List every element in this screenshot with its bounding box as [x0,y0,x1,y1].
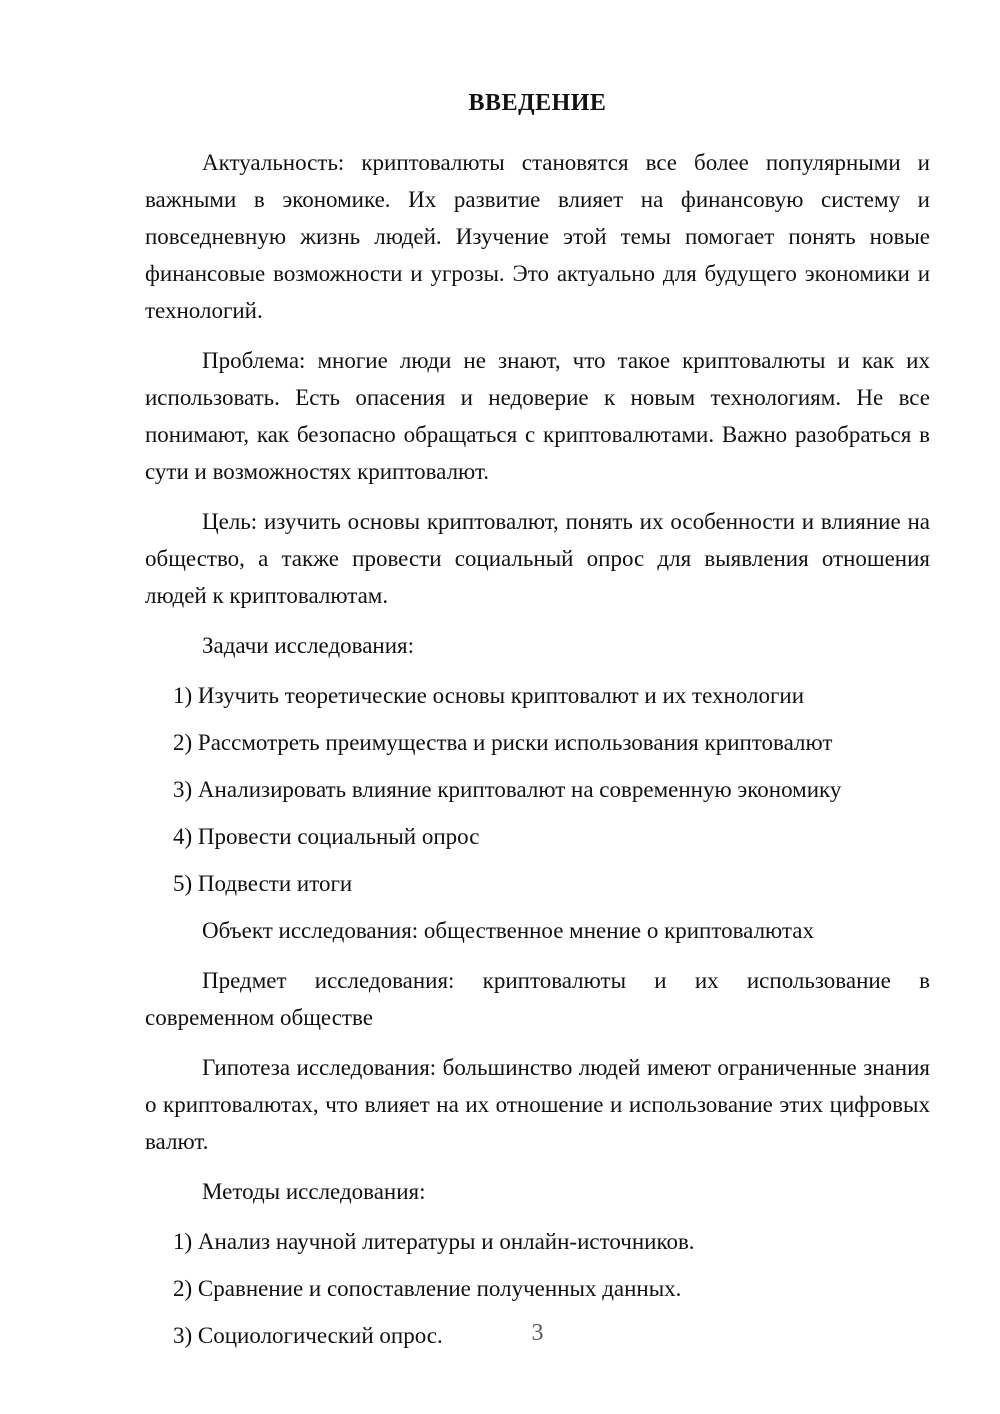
method-item-1: 1) Анализ научной литературы и онлайн-ис… [145,1223,930,1260]
paragraph-hypothesis: Гипотеза исследования: большинство людей… [145,1049,930,1160]
page-number: 3 [145,1318,930,1348]
method-item-2: 2) Сравнение и сопоставление полученных … [145,1270,930,1307]
task-item-1: 1) Изучить теоретические основы криптова… [145,677,930,714]
task-item-4: 4) Провести социальный опрос [145,818,930,855]
page-title: ВВЕДЕНИЕ [145,88,930,118]
paragraph-relevance: Актуальность: криптовалюты становятся вс… [145,144,930,329]
methods-heading: Методы исследования: [145,1173,930,1210]
task-item-5: 5) Подвести итоги [145,865,930,902]
paragraph-subject: Предмет исследования: криптовалюты и их … [145,962,930,1036]
task-item-3: 3) Анализировать влияние криптовалют на … [145,771,930,808]
paragraph-goal: Цель: изучить основы криптовалют, понять… [145,503,930,614]
document-page: ВВЕДЕНИЕ Актуальность: криптовалюты стан… [0,0,1000,1414]
paragraph-problem: Проблема: многие люди не знают, что тако… [145,342,930,490]
tasks-heading: Задачи исследования: [145,627,930,664]
paragraph-object: Объект исследования: общественное мнение… [145,912,930,949]
task-item-2: 2) Рассмотреть преимущества и риски испо… [145,724,930,761]
